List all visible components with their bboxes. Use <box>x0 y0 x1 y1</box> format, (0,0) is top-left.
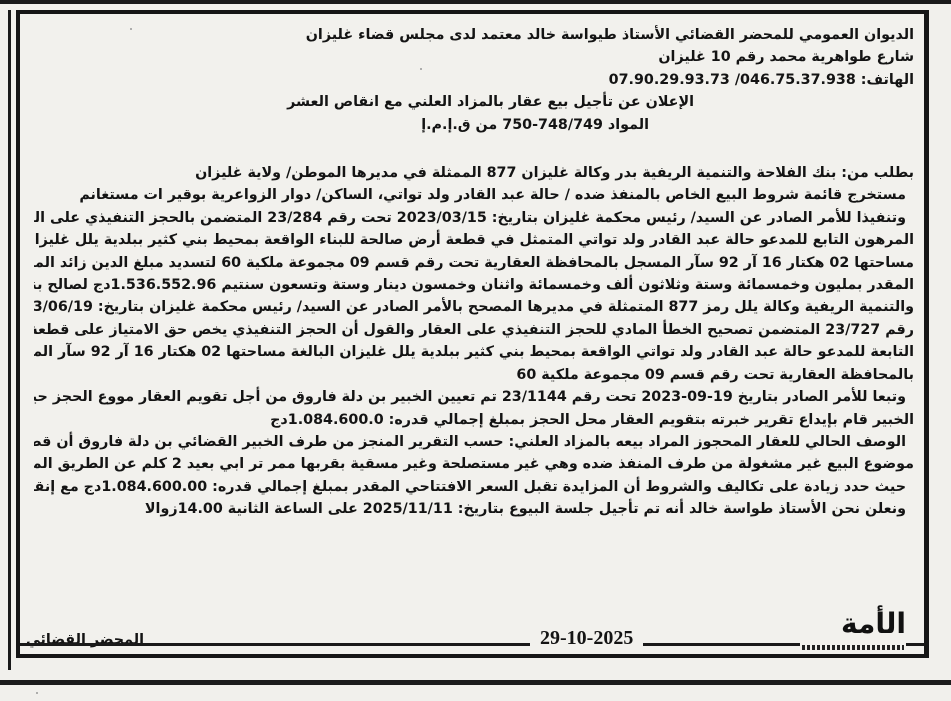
body-line: بالمحافظة العقارية تحت رقم قسم 09 مجموعة… <box>34 364 914 386</box>
body-line: والتنمية الريفية وكالة يلل رمز 877 المتم… <box>34 296 914 318</box>
body-line: رقم 23/727 المتضمن تصحيح الخطأ المادي لل… <box>34 319 914 341</box>
body-line: الخبير قام بإيداع تقرير خبرته بتقويم الع… <box>34 409 914 431</box>
newspaper-clipping: الديوان العمومي للمحضر القضائي الأستاذ ط… <box>0 0 951 701</box>
newspaper-logo-text: الأمة <box>841 606 906 642</box>
body-line: المرهون التابع للمدعو حالة عبد القادر ول… <box>34 229 914 251</box>
print-speck <box>130 28 132 30</box>
body-line: مساحتها 02 هكتار 16 آر 92 سآر المسجل بال… <box>34 252 914 274</box>
print-speck <box>420 68 422 70</box>
body-line: مستخرج قائمة شروط البيع الخاص بالمنفذ ضد… <box>34 184 914 206</box>
body-line: وتنفيذا للأمر الصادر عن السيد/ رئيس محكم… <box>34 207 914 229</box>
notice-content: الديوان العمومي للمحضر القضائي الأستاذ ط… <box>34 24 914 521</box>
phone-line: الهاتف: 046.75.37.938/ 07.90.29.93.73 <box>34 69 914 91</box>
address-line: شارع طواهرية محمد رقم 10 غليزان <box>34 46 914 68</box>
body-line: بطلب من: بنك الفلاحة والتنمية الريفية بد… <box>34 162 914 184</box>
legal-notice-frame: الديوان العمومي للمحضر القضائي الأستاذ ط… <box>16 10 929 658</box>
body-line: ونعلن نحن الأستاذ طواسة خالد أنه تم تأجي… <box>34 498 914 520</box>
newspaper-logo: الأمة <box>800 610 906 648</box>
body-line: التابعة للمدعو حالة عبد القادر ولد تواتي… <box>34 341 914 363</box>
bottom-rule <box>0 680 951 685</box>
notice-title: الإعلان عن تأجيل بيع عقار بالمزاد العلني… <box>34 91 694 113</box>
body-line: حيث حدد زيادة على تكاليف والشروط أن المز… <box>34 476 914 498</box>
logo-tagline-decoration <box>802 645 904 650</box>
notice-articles: المواد 748/749-750 من ق.إ.م.إ <box>34 114 649 136</box>
notice-footer: 29-10-2025 الأمة <box>20 610 924 654</box>
office-line: الديوان العمومي للمحضر القضائي الأستاذ ط… <box>34 24 914 46</box>
publication-date: 29-10-2025 <box>530 627 643 650</box>
footer-rule <box>20 643 924 646</box>
body-line: المقدر بمليون وخمسمائة وستة وثلاثون ألف … <box>34 274 914 296</box>
adjacent-column-edge <box>0 10 11 670</box>
top-rule <box>0 0 951 4</box>
body-line: وتبعا للأمر الصادر بتاريخ 19-09-2023 تحت… <box>34 386 914 408</box>
body-line: الوصف الحالي للعقار المحجوز المراد بيعه … <box>34 431 914 453</box>
print-speck <box>36 692 38 694</box>
notice-body: بطلب من: بنك الفلاحة والتنمية الريفية بد… <box>34 162 914 521</box>
spacer <box>34 136 914 162</box>
body-line: موضوع البيع غير مشغولة من طرف المنفذ ضده… <box>34 453 914 475</box>
